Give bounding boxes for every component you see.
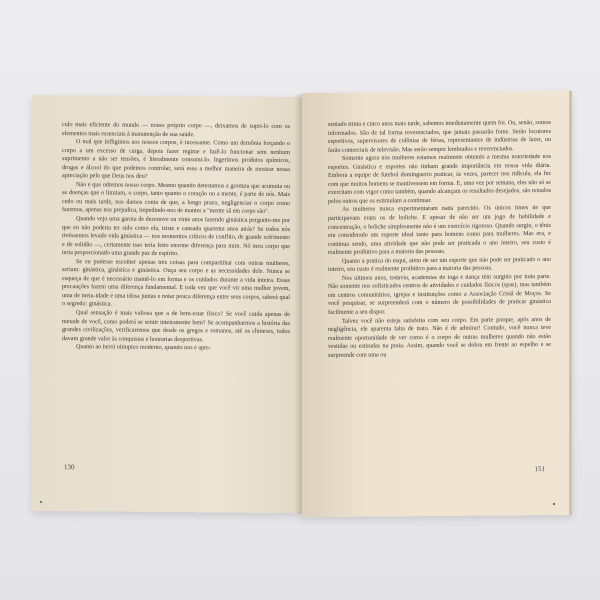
open-book: culo mais eficiente do mundo — nosso pró… (0, 0, 600, 600)
page-number: 151 (535, 465, 546, 473)
paragraph: culo mais eficiente do mundo — nosso pró… (62, 121, 290, 140)
paragraph: Se eu pudesse escolher apenas três coisa… (62, 258, 290, 311)
page-mark (40, 501, 42, 503)
paragraph: As mulheres nunca experimentaram nada pa… (328, 204, 551, 257)
paragraph: Quanto ao herói olímpico moderno, quando… (62, 343, 290, 354)
paragraph: Não é que odiemos nosso corpo. Mesmo qua… (62, 181, 290, 217)
paragraph: O mal que infligimos aos nossos corpos, … (62, 138, 290, 183)
paragraph: Quando vejo uma garota de dezenove ou vi… (62, 215, 290, 260)
left-page: culo mais eficiente do mundo — nosso pró… (32, 95, 302, 513)
page-mark (553, 503, 555, 505)
left-page-text: culo mais eficiente do mundo — nosso pró… (62, 121, 290, 354)
paragraph: Qual sensação é mais valiosa que a de be… (62, 309, 290, 345)
paragraph: Nos últimos anos, todavia, academias de … (328, 273, 551, 318)
right-page: sentado trinta e cinco anos mais tarde, … (302, 91, 572, 517)
paragraph: Somente agora nós mulheres estamos realm… (328, 153, 551, 206)
paragraph: Talvez você não esteja satisfeita com se… (328, 316, 551, 361)
page-number: 130 (64, 463, 75, 471)
paragraph: Quanto à prática do esqui, além de ser u… (328, 256, 551, 275)
paragraph: sentado trinta e cinco anos mais tarde, … (328, 119, 551, 155)
right-page-text: sentado trinta e cinco anos mais tarde, … (328, 119, 551, 360)
